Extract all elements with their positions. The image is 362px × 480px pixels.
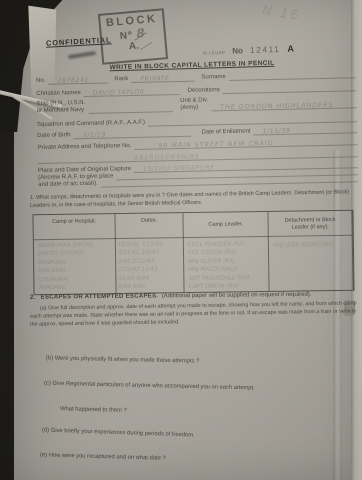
column-block-leader: Detachment or Block Leader (if any). MAJ…	[268, 211, 353, 291]
rank-field: PRIVATE	[131, 74, 195, 83]
leader-entry: CAPT DIBDIN (RN)	[189, 282, 250, 291]
ship-label: Ship (R.N., U.S.N.or Merchant Navy	[37, 100, 86, 115]
header-block-leader: Detachment or Block Leader (if any).	[268, 211, 351, 232]
enlistment-label: Date of Enlistment	[201, 128, 250, 136]
dates-entry: 8/44 8/45	[118, 282, 163, 291]
camps-table: Camp or Hospital. ADAM PARK S'PORE DOCKS…	[32, 210, 354, 295]
column-camp: Camp or Hospital. ADAM PARK S'PORE DOCKS…	[33, 214, 116, 294]
christian-names-value: DAVID TAYLOR	[93, 89, 145, 97]
personal-details-form: No. 2876241 Rank PRIVATE Surname Christi…	[36, 70, 358, 192]
no-label: No.	[36, 78, 45, 85]
leader-entries: LT/CL PLAUDEN (RA) COL LODZIA (RA) MAJ S…	[188, 240, 250, 291]
squadron-field	[148, 114, 357, 126]
block-leader-entry: MAJ LEES (GORDONS)	[273, 241, 334, 250]
header-camp: Camp or Hospital.	[33, 214, 114, 226]
scanned-pow-form-photo: CONFIDENTIAL BLOCK Nº 8 A. M.I.9/JAP No …	[0, 0, 362, 480]
enlistment-field: 1/11/39	[253, 125, 357, 135]
address-value: 90 MAIN STREET NEW CRAIG	[158, 140, 273, 149]
ship-label-line2: or Merchant Navy	[37, 107, 84, 114]
unit-label-line2: (Army)	[180, 104, 198, 110]
christian-names-label: Christian Names	[36, 90, 81, 98]
address-label: Private Address and Telephone No.	[37, 143, 131, 152]
header-block-line1: Detachment or Block	[285, 217, 336, 224]
dates-entries: 15/2/42 7/11/42 7/11/42 2/2/43 2/43 27/2…	[118, 240, 164, 291]
ship-label-line1: Ship (R.N., U.S.N.	[37, 100, 86, 107]
dob-value: 3/1/19	[83, 132, 106, 139]
no-value: 2876241	[57, 77, 89, 85]
unit-label-line1: Unit & Div.	[180, 97, 208, 104]
ship-field	[88, 104, 172, 114]
dob-label: Date of Birth	[37, 132, 71, 140]
rank-label: Rank	[114, 76, 128, 83]
decorations-label: Decorations	[188, 87, 220, 95]
unit-div-value: THE GORDON HIGHLANDERS	[220, 102, 333, 111]
ref-no-label: No	[232, 46, 243, 55]
surname-label: Surname	[201, 74, 226, 82]
header-camp-leader: Camp Leader.	[184, 212, 268, 229]
decorations-field	[223, 83, 357, 94]
block-leader-entries: MAJ LEES (GORDONS)	[273, 241, 334, 250]
unit-div-label: Unit & Div.(Army)	[180, 97, 208, 111]
camp-entry: TAMUANG	[38, 283, 93, 292]
rank-value: PRIVATE	[140, 75, 169, 83]
dates-entry: 27/2/43 11/43	[118, 266, 163, 275]
block-number-stamp: BLOCK Nº 8 A.	[98, 8, 168, 65]
address-field: 90 MAIN STREET NEW CRAIG	[134, 137, 357, 150]
row-ship-unit: Ship (R.N., U.S.N.or Merchant Navy Unit …	[37, 94, 357, 114]
unit-div-field: THE GORDON HIGHLANDERS	[211, 100, 357, 111]
camp-entries: ADAM PARK S'PORE DOCKS (S'PORE) BANPONG …	[38, 241, 94, 292]
ref-number: 12411	[250, 44, 281, 55]
ref-suffix: A	[287, 43, 294, 53]
no-field: 2876241	[48, 75, 108, 84]
section-2-number: 2.	[30, 295, 36, 301]
column-camp-leader: Camp Leader. LT/CL PLAUDEN (RA) COL LODZ…	[184, 212, 270, 292]
christian-names-field: DAVID TAYLOR	[84, 87, 180, 97]
address-value2: ABERDEENSHIRE	[134, 154, 201, 162]
enlistment-value: 1/11/39	[263, 128, 291, 136]
section-2-title: ESCAPES OR ATTEMPTED ESCAPES.	[41, 293, 159, 300]
squadron-label: Squadron and Command (R.A.F., A.A.F.)	[37, 120, 145, 129]
dates-entry: 7/11/42 2/2/43	[118, 249, 163, 258]
capture-label-line3: and date of a/c crash).	[38, 181, 98, 189]
column-dates: Dates. 15/2/42 7/11/42 7/11/42 2/2/43 2/…	[115, 213, 184, 293]
header-block-line2: Leader (if any).	[292, 224, 329, 231]
surname-field	[229, 70, 356, 81]
ref-prefix: M.I.9/JAP	[203, 50, 225, 56]
header-dates: Dates.	[115, 213, 182, 225]
dob-field: 3/1/19	[74, 129, 192, 139]
